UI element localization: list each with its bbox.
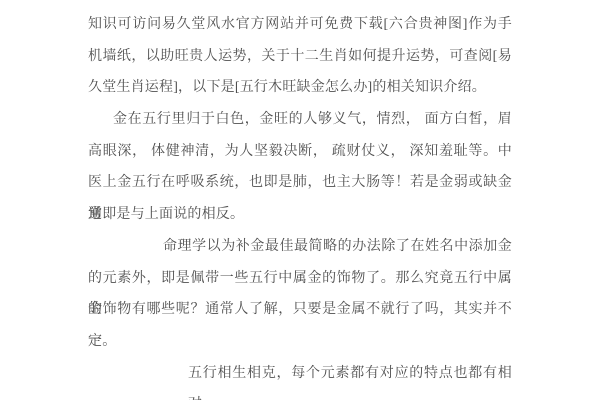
text-line: 机墙纸，以助旺贵人运势，关于十二生肖如何提升运势，可查阅[易: [88, 41, 512, 73]
text-line: 高眼深， 体健神清，为人坚毅决断， 疏财仗义， 深知羞耻等。中: [88, 136, 512, 168]
paragraph-4: 五行相生相克，每个元素都有对应的特点也都有相对: [88, 358, 512, 390]
paragraph-3: 命理学以为补金最佳最简略的办法除了在姓名中添加金的元素外，即是佩带一些五行中属金…: [88, 231, 512, 358]
text-line: 五行相生相克，每个元素都有对应的特点也都有相对: [88, 358, 512, 390]
text-line: 的饰物有哪些呢？通常人了解，只要是金属不就行了吗，其实并不一: [88, 294, 512, 326]
text-line: 金在五行里归于白色，金旺的人够义气，情烈， 面方白皙，眉: [88, 104, 512, 136]
text-line: 医上金五行在呼吸系统，也即是肺，也主大肠等！若是金弱或缺金通: [88, 167, 512, 199]
text-line: 久堂生肖运程]，以下是[五行木旺缺金怎么办]的相关知识介绍。: [88, 72, 512, 104]
paragraph-1: 知识可访问易久堂风水官方网站并可免费下载[六合贵神图]作为手机墙纸，以助旺贵人运…: [88, 9, 512, 104]
text-line: 定。: [88, 326, 512, 358]
text-line: 的元素外，即是佩带一些五行中属金的饰物了。那么究竟五行中属金: [88, 263, 512, 295]
paragraph-2: 金在五行里归于白色，金旺的人够义气，情烈， 面方白皙，眉高眼深， 体健神清，为人…: [88, 104, 512, 231]
document-page: 知识可访问易久堂风水官方网站并可免费下载[六合贵神图]作为手机墙纸，以助旺贵人运…: [88, 9, 512, 389]
text-line: 常即是与上面说的相反。: [88, 199, 512, 231]
text-line: 命理学以为补金最佳最简略的办法除了在姓名中添加金: [88, 231, 512, 263]
text-line: 知识可访问易久堂风水官方网站并可免费下载[六合贵神图]作为手: [88, 9, 512, 41]
